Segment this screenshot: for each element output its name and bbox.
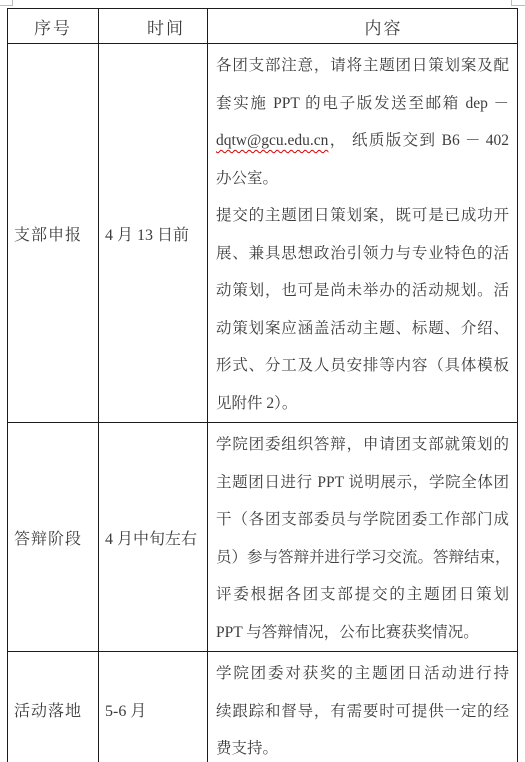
table-row: 活动落地 5-6 月 学院团委对获奖的主题团日活动进行持续跟踪和督导，有需要时可… <box>8 652 518 762</box>
stage-cell: 支部申报 <box>8 44 99 423</box>
text-boundary-mark-left <box>0 0 13 6</box>
table-header-row: 序号 时间 内容 <box>8 9 518 44</box>
text-line: 形式、分工及人员安排等内容（具体模板 <box>216 347 509 385</box>
time-cell: 4 月 13 日前 <box>99 44 208 423</box>
time-cell: 5-6 月 <box>99 652 208 762</box>
table-row: 答辩阶段 4 月中旬左右 学院团委组织答辩，申请团支部就策划的主题团日进行 PP… <box>8 423 518 652</box>
email-address-misspell-underline: dqtw@gcu.edu.cn <box>216 132 328 149</box>
time-cell: 4 月中旬左右 <box>99 423 208 652</box>
header-stage: 序号 <box>8 9 99 44</box>
content-cell: 各团支部注意，请将主题团日策划案及配套实施 PPT 的电子版发送至邮箱 dep … <box>208 44 518 423</box>
text-line: 各团支部注意，请将主题团日策划案及配 <box>216 47 509 85</box>
table-row: 支部申报 4 月 13 日前 各团支部注意，请将主题团日策划案及配套实施 PPT… <box>8 44 518 423</box>
text-line: 套实施 PPT 的电子版发送至邮箱 dep － <box>216 85 509 123</box>
text-boundary-mark-right <box>511 0 525 6</box>
stage-cell: 答辩阶段 <box>8 423 99 652</box>
content-cell: 学院团委对获奖的主题团日活动进行持续跟踪和督导，有需要时可提供一定的经费支持。 <box>208 652 518 762</box>
text-line: 学院团委对获奖的主题团日活动进行持 <box>216 655 509 693</box>
text-line: 动策划案应涵盖活动主题、标题、介绍、 <box>216 310 509 348</box>
text-line: 学院团委组织答辩，申请团支部就策划的 <box>216 426 509 464</box>
text-line: 主题团日进行 PPT 说明展示，学院全体团 <box>216 464 509 502</box>
text-line: 动策划，也可是尚未举办的活动规划。活 <box>216 272 509 310</box>
text-line: 费支持。 <box>216 730 509 762</box>
text-line: 见附件 2）。 <box>216 385 509 423</box>
text-line: 办公室。 <box>216 160 509 198</box>
schedule-table: 序号 时间 内容 支部申报 4 月 13 日前 各团支部注意，请将主题团日策划案… <box>7 8 518 762</box>
header-time: 时间 <box>99 9 208 44</box>
text-line: 员）参与答辩并进行学习交流。答辩结束， <box>216 539 509 577</box>
text-line: PPT 与答辩情况，公布比赛获奖情况。 <box>216 614 509 652</box>
text-line: 提交的主题团日策划案，既可是已成功开 <box>216 197 509 235</box>
text-line: dqtw@gcu.edu.cn， 纸质版交到 B6 － 402 <box>216 122 509 160</box>
text-line: 干（各团支部委员与学院团委工作部门成 <box>216 501 509 539</box>
header-content: 内容 <box>208 9 518 44</box>
text-line: 评委根据各团支部提交的主题团日策划 <box>216 576 509 614</box>
text-line: 续跟踪和督导，有需要时可提供一定的经 <box>216 693 509 731</box>
stage-cell: 活动落地 <box>8 652 99 762</box>
content-cell: 学院团委组织答辩，申请团支部就策划的主题团日进行 PPT 说明展示，学院全体团干… <box>208 423 518 652</box>
document-page: 序号 时间 内容 支部申报 4 月 13 日前 各团支部注意，请将主题团日策划案… <box>0 0 525 762</box>
text-line: 展、兼具思想政治引领力与专业特色的活 <box>216 235 509 273</box>
